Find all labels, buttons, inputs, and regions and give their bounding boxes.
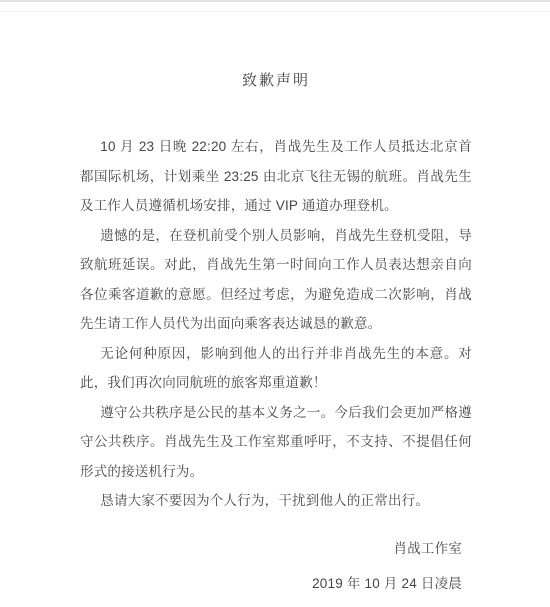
page-title: 致歉声明 bbox=[80, 70, 472, 92]
divider-hairline bbox=[0, 11, 550, 12]
statement-body: 10 月 23 日晚 22:20 左右，肖战先生及工作人员抵达北京首都国际机场，… bbox=[80, 132, 472, 516]
signature-name: 肖战工作室 bbox=[80, 534, 462, 564]
signature-date: 2019 年 10 月 24 日凌晨 bbox=[80, 569, 462, 599]
body-paragraph-4: 遵守公共秩序是公民的基本义务之一。今后我们会更加严格遵守公共秩序。肖战先生及工作… bbox=[80, 398, 472, 487]
apology-statement-document: 致歉声明 10 月 23 日晚 22:20 左右，肖战先生及工作人员抵达北京首都… bbox=[0, 70, 550, 599]
top-border-line bbox=[0, 0, 550, 2]
body-paragraph-3: 无论何种原因，影响到他人的出行并非肖战先生的本意。对此，我们再次向同航班的旅客郑… bbox=[80, 339, 472, 398]
body-paragraph-5: 恳请大家不要因为个人行为，干扰到他人的正常出行。 bbox=[80, 486, 472, 516]
body-paragraph-1: 10 月 23 日晚 22:20 左右，肖战先生及工作人员抵达北京首都国际机场，… bbox=[80, 132, 472, 221]
signature-block: 肖战工作室 2019 年 10 月 24 日凌晨 bbox=[80, 534, 472, 599]
body-paragraph-2: 遗憾的是，在登机前受个别人员影响，肖战先生登机受阻，导致航班延误。对此，肖战先生… bbox=[80, 221, 472, 339]
